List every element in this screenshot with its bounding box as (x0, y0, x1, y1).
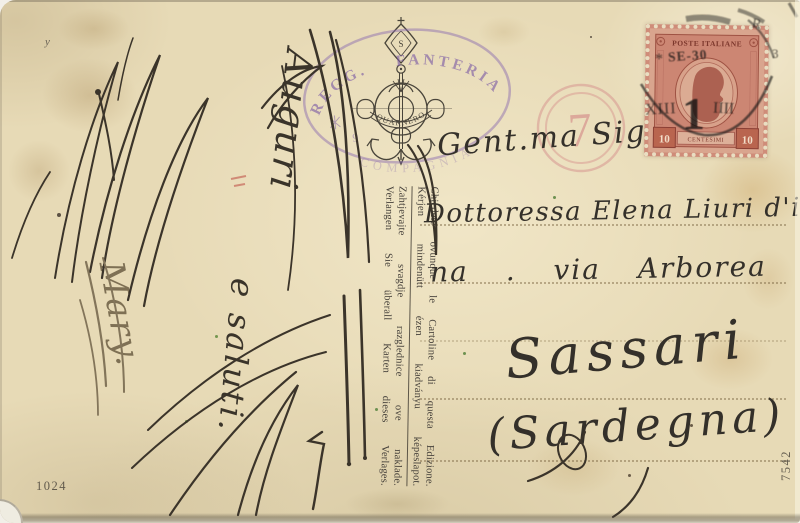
stamp-country-text: POSTE ITALIANE (672, 39, 742, 49)
card-left-edge (0, 0, 2, 523)
corner-pencil-mark: y (45, 36, 50, 48)
paper-speck (215, 335, 218, 338)
card-right-edge (795, 0, 800, 523)
rounded-corner-bottom-left (0, 499, 23, 523)
card-bottom-edge (0, 513, 800, 523)
foxing-dot (57, 213, 61, 217)
foxing-dot (590, 36, 592, 38)
message-word-auguri: Auguri (261, 47, 322, 194)
message-word-saluti: e saluti. (211, 277, 262, 435)
address-rule-line (420, 460, 786, 462)
stamp-value-right: 10 (742, 134, 754, 146)
postmark-corner-digit: 3 (772, 46, 779, 61)
svg-text:REGG. FANTERIA: REGG. FANTERIA (303, 43, 507, 119)
postage-stamp: POSTE ITALIANE 10 10 CENTESIMI (644, 24, 769, 158)
red-pencil-marks (231, 176, 246, 186)
cachet-asterisk-icon (329, 115, 340, 130)
stain (42, 58, 137, 133)
paper-speck (185, 420, 188, 423)
plate-number-right: 7542 (779, 450, 794, 481)
king-portrait-silhouette (692, 67, 724, 123)
paper-speck (463, 352, 466, 355)
stain (58, 8, 130, 50)
postcard-back: Chiedete ovunque le Cartoline di questa … (0, 0, 800, 523)
address-salutation: Gent.ma Sig.a (436, 112, 679, 164)
plate-number-left: 1024 (36, 479, 67, 494)
emblem-letter: S (398, 39, 403, 49)
foxing-dot (628, 474, 631, 477)
address-region: (Sardegna) (486, 390, 788, 462)
stain (8, 140, 70, 202)
postage-stamp-design: POSTE ITALIANE 10 10 CENTESIMI (648, 28, 765, 154)
address-city: Sassari (503, 308, 749, 392)
svg-text:QUARNERO: QUARNERO (375, 109, 427, 127)
message-signature: Mary. (91, 258, 149, 370)
stamp-currency-text: CENTESIMI (688, 137, 725, 144)
emblem-band-text: QUARNERO (375, 109, 427, 127)
card-top-edge (0, 0, 800, 2)
address-line3: na . via Arborea 16 (430, 248, 800, 288)
divider-slogans: Chiedete ovunque le Cartoline di questa … (349, 185, 440, 486)
stain (478, 16, 530, 48)
stamp-value-left: 10 (659, 133, 671, 145)
cachet-arc-top-text: REGG. FANTERIA (303, 43, 507, 119)
cachet-company-number: 9 (352, 130, 359, 144)
